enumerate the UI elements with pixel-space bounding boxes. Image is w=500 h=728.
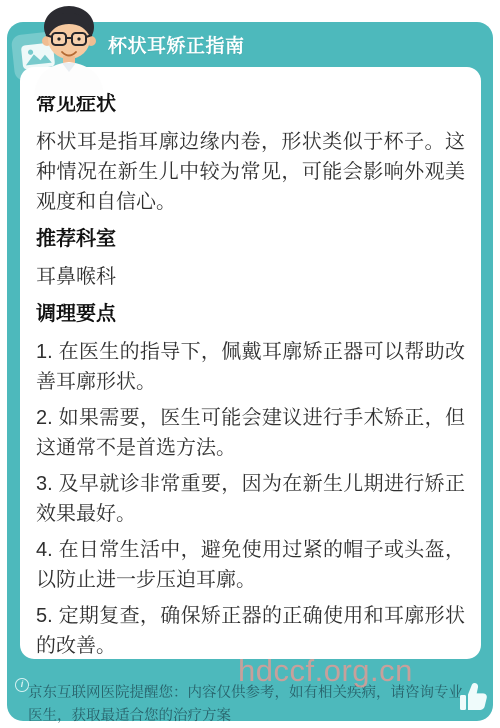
section-heading-care-points: 调理要点 [36,301,465,327]
thumbs-up-glyph [457,680,491,716]
section-heading-department: 推荐科室 [36,226,465,252]
teal-panel: 杯状耳矫正指南 常见症状 杯状耳是指耳廓边缘内卷，形状类似于杯子。这种情况在新生… [7,22,493,721]
care-point-1: 1. 在医生的指导下，佩戴耳廓矫正器可以帮助改善耳廓形状。 [36,337,465,397]
thumbs-up-icon[interactable] [457,680,491,716]
disclaimer-text: 京东互联网医院提醒您：内容仅供参考，如有相关疾病，请咨询专业医生，获取最适合您的… [28,682,465,728]
care-point-2: 2. 如果需要，医生可能会建议进行手术矫正，但这通常不是首选方法。 [36,403,465,463]
doctor-avatar [26,2,112,96]
content-card: 常见症状 杯状耳是指耳廓边缘内卷，形状类似于杯子。这种情况在新生儿中较为常见，可… [20,67,481,659]
info-circle-icon [15,678,29,692]
care-point-4: 4. 在日常生活中，避免使用过紧的帽子或头盔，以防止进一步压迫耳廓。 [36,535,465,595]
care-point-3: 3. 及早就诊非常重要，因为在新生儿期进行矫正效果最好。 [36,469,465,529]
doctor-avatar-glyph [26,2,112,96]
department-paragraph: 耳鼻喉科 [36,262,465,292]
care-point-5: 5. 定期复查，确保矫正器的正确使用和耳廓形状的改善。 [36,601,465,659]
page-title: 杯状耳矫正指南 [108,31,245,58]
symptoms-paragraph: 杯状耳是指耳廓边缘内卷，形状类似于杯子。这种情况在新生儿中较为常见，可能会影响外… [36,127,465,217]
